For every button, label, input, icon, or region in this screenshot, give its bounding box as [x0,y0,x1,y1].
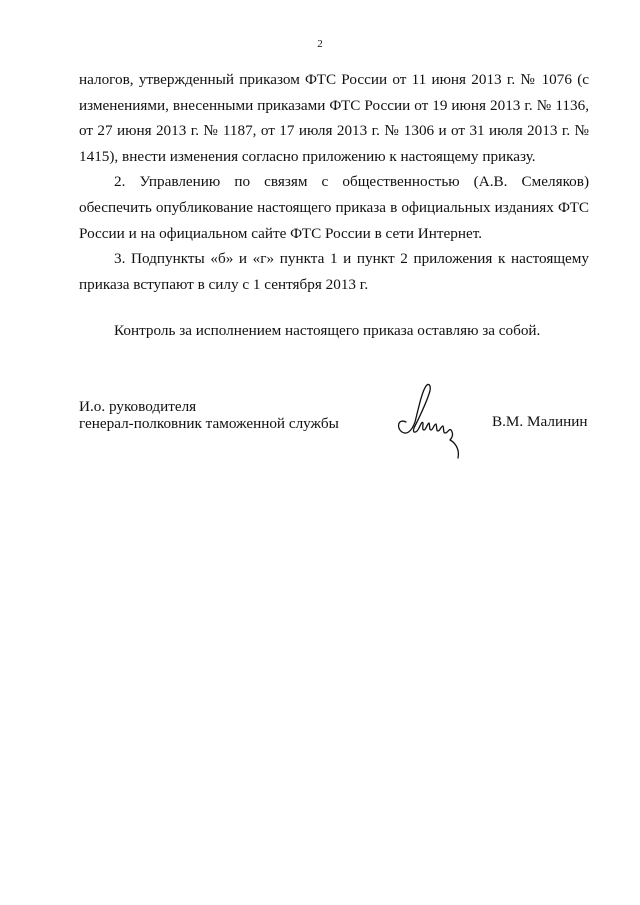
document-body: налогов, утвержденный приказом ФТС Росси… [79,67,589,297]
signer-name: В.М. Малинин [492,413,588,430]
signer-rank: генерал-полковник таможенной службы [79,415,339,432]
page-number: 2 [0,37,640,51]
paragraph-item-3: 3. Подпункты «б» и «г» пункта 1 и пункт … [79,246,589,297]
control-statement: Контроль за исполнением настоящего прика… [114,321,540,341]
signer-position-title: И.о. руководителя [79,398,339,415]
paragraph-continuation: налогов, утвержденный приказом ФТС Росси… [79,67,589,169]
paragraph-item-2: 2. Управлению по связям с общественность… [79,169,589,246]
signer-position: И.о. руководителя генерал-полковник тамо… [79,398,339,432]
signature-icon [392,378,472,463]
